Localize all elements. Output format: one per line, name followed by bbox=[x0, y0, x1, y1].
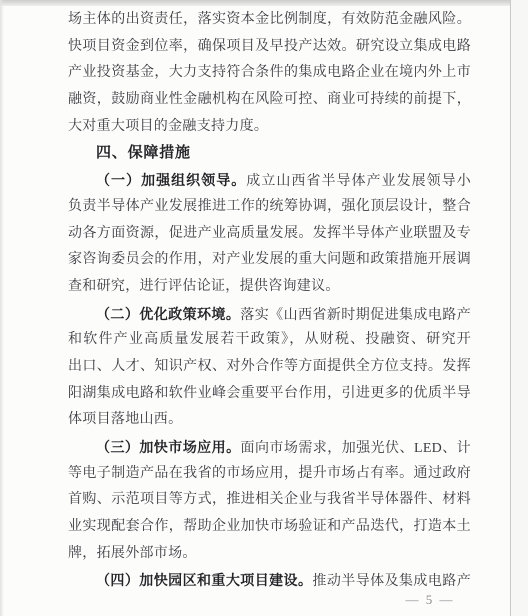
text-line: 快项目资金到位率，确保项目及早投产达效。研究设立集成电路 bbox=[68, 34, 471, 61]
text-line: 等电子制造产品在我省的市场应用，提升市场占有率。通过政府 bbox=[68, 461, 471, 488]
text-line: （一）加强组织领导。成立山西省半导体产业发展领导小组， bbox=[68, 167, 471, 194]
text-line: 场主体的出资责任，落实资本金比例制度，有效防范金融风险。加 bbox=[68, 7, 471, 34]
line-text: 出口、人才、知识产权、对外合作等方面提供全方位支持。发挥晋 bbox=[68, 359, 471, 381]
text-line: 和软件产业高质量发展若干政策》，从财税、投融资、研究开发、进 bbox=[68, 327, 471, 354]
text-line: 阳湖集成电路和软件业峰会重要平台作用，引进更多的优质半导 bbox=[68, 381, 471, 408]
text-line: 出口、人才、知识产权、对外合作等方面提供全方位支持。发挥晋 bbox=[68, 354, 471, 381]
line-text: 查和研究，进行评估论证，提供咨询建议。 bbox=[68, 279, 340, 294]
text-line: 大对重大项目的金融支持力度。 bbox=[68, 114, 471, 141]
line-text: 牌，拓展外部市场。 bbox=[68, 546, 197, 561]
line-text: 场主体的出资责任，落实资本金比例制度，有效防范金融风险。加 bbox=[68, 12, 471, 34]
text-line: 产业投资基金，大力支持符合条件的集成电路企业在境内外上市 bbox=[68, 60, 471, 87]
line-text: 产业投资基金，大力支持符合条件的集成电路企业在境内外上市 bbox=[68, 65, 471, 80]
line-text: 融资，鼓励商业性金融机构在风险可控、商业可持续的前提下，加 bbox=[68, 92, 471, 114]
paragraph-lead: （三）加快市场应用。 bbox=[96, 439, 241, 455]
text-line: 家咨询委员会的作用，对产业发展的重大问题和政策措施开展调 bbox=[68, 247, 471, 274]
line-text: 四、保障措施 bbox=[96, 144, 191, 161]
text-line: 业实现配套合作，帮助企业加快市场验证和产品迭代，打造本土品 bbox=[68, 514, 471, 541]
line-text: 和软件产业高质量发展若干政策》，从财税、投融资、研究开发、进 bbox=[68, 332, 471, 354]
document-page: 场主体的出资责任，落实资本金比例制度，有效防范金融风险。加快项目资金到位率，确保… bbox=[0, 0, 528, 616]
paragraph-lead: （四）加快园区和重大项目建设。 bbox=[96, 572, 312, 588]
line-text: 动各方面资源，促进产业高质量发展。发挥半导体产业联盟及专 bbox=[68, 226, 471, 241]
line-text: 首购、示范项目等方式，推进相关企业与我省半导体器件、材料企 bbox=[68, 492, 471, 514]
text-line: 融资，鼓励商业性金融机构在风险可控、商业可持续的前提下，加 bbox=[68, 87, 471, 114]
scan-top-edge bbox=[0, 0, 528, 6]
scan-right-edge bbox=[510, 0, 528, 616]
text-line: 负责半导体产业发展推进工作的统筹协调，强化顶层设计，整合调 bbox=[68, 194, 471, 221]
paragraph-lead: （二）优化政策环境。 bbox=[96, 306, 240, 322]
text-line: （三）加快市场应用。面向市场需求，加强光伏、LED、计算机 bbox=[68, 434, 471, 461]
paragraph-lead: （一）加强组织领导。 bbox=[96, 172, 246, 188]
line-text: 等电子制造产品在我省的市场应用，提升市场占有率。通过政府 bbox=[68, 466, 471, 481]
section-heading: 四、保障措施 bbox=[68, 140, 471, 167]
line-text: 大对重大项目的金融支持力度。 bbox=[68, 119, 268, 134]
text-line: 查和研究，进行评估论证，提供咨询建议。 bbox=[68, 274, 471, 301]
text-line: 动各方面资源，促进产业高质量发展。发挥半导体产业联盟及专 bbox=[68, 221, 471, 248]
text-column: 场主体的出资责任，落实资本金比例制度，有效防范金融风险。加快项目资金到位率，确保… bbox=[68, 7, 471, 594]
scan-left-edge bbox=[0, 0, 4, 616]
page-number: — 5 — bbox=[400, 590, 460, 610]
line-text: 业实现配套合作，帮助企业加快市场验证和产品迭代，打造本土品 bbox=[68, 519, 471, 541]
line-text: 体项目落地山西。 bbox=[68, 412, 182, 427]
line-text: 家咨询委员会的作用，对产业发展的重大问题和政策措施开展调 bbox=[68, 252, 471, 267]
line-text: 负责半导体产业发展推进工作的统筹协调，强化顶层设计，整合调 bbox=[68, 199, 471, 221]
line-text: 阳湖集成电路和软件业峰会重要平台作用，引进更多的优质半导 bbox=[68, 386, 471, 401]
text-line: 牌，拓展外部市场。 bbox=[68, 541, 471, 568]
text-line: 首购、示范项目等方式，推进相关企业与我省半导体器件、材料企 bbox=[68, 487, 471, 514]
line-text: 快项目资金到位率，确保项目及早投产达效。研究设立集成电路 bbox=[68, 39, 471, 54]
text-line: 体项目落地山西。 bbox=[68, 407, 471, 434]
text-line: （二）优化政策环境。落实《山西省新时期促进集成电路产业 bbox=[68, 301, 471, 328]
